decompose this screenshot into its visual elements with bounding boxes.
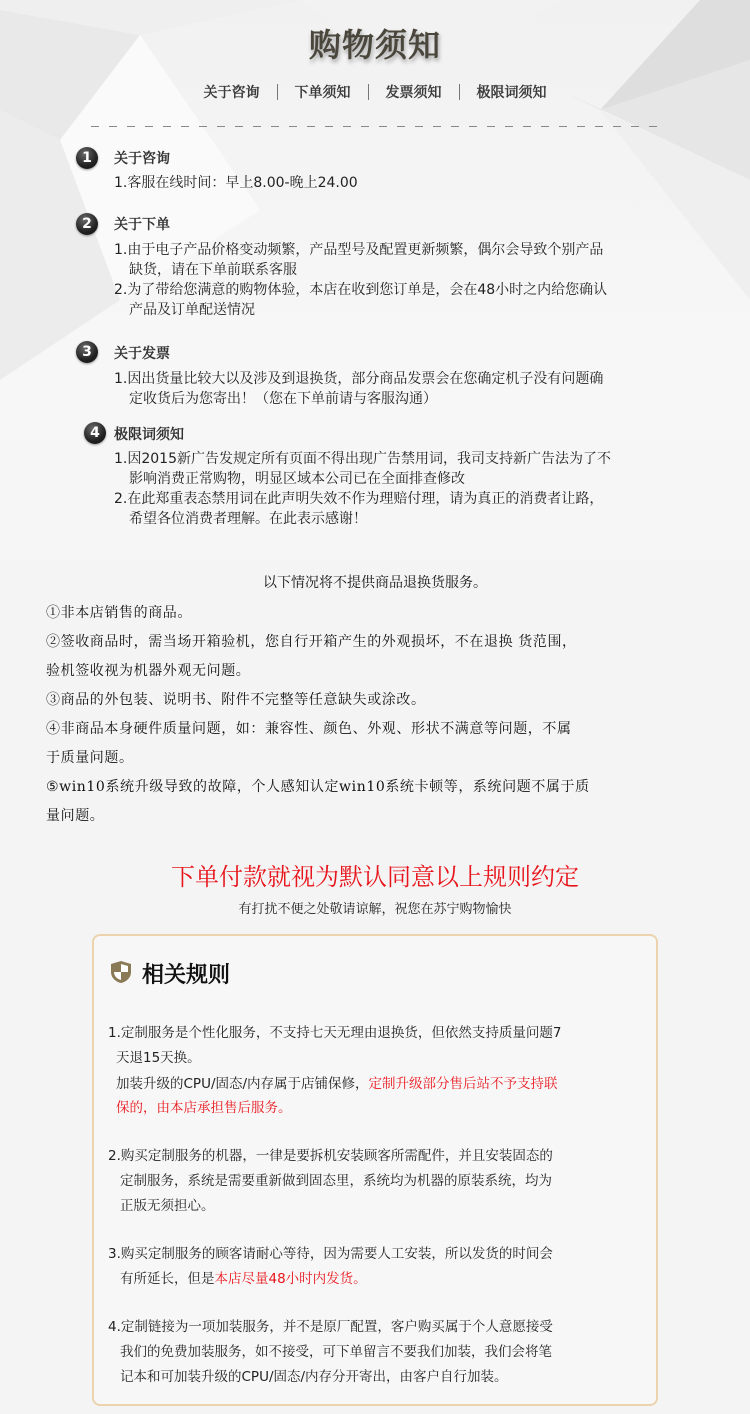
dashed-divider bbox=[91, 126, 660, 127]
rules-panel: 相关规则 1.定制服务是个性化服务，不支持七天无理由退换货，但依然支持质量问题7… bbox=[92, 934, 658, 1406]
nav-divider bbox=[277, 84, 278, 100]
section-line: 1.因出货量比较大以及涉及到退换货，部分商品发票会在您确定机子没有问题确 bbox=[114, 368, 603, 388]
section-line: 1.因2015新广告发规定所有页面不得出现广告禁用词，我司支持新广告法为了不 bbox=[114, 448, 611, 468]
rule-line: 加装升级的CPU/固态/内存属于店铺保修，定制升级部分售后站不予支持联 bbox=[116, 1072, 558, 1092]
section-title-consult: 关于咨询 bbox=[114, 148, 170, 168]
nav-item-invoice[interactable]: 发票须知 bbox=[386, 82, 442, 102]
section-title-restricted-words: 极限词须知 bbox=[114, 424, 184, 444]
nav-divider bbox=[459, 84, 460, 100]
rule-highlight: 本店尽量48小时内发货。 bbox=[215, 1271, 367, 1287]
no-return-item: 量问题。 bbox=[46, 805, 104, 825]
rule-line: 4.定制链接为一项加装服务，并不是原厂配置，客户购买属于个人意愿接受 bbox=[108, 1315, 553, 1335]
section-line: 影响消费正常购物，明显区域本公司已在全面排查修改 bbox=[129, 468, 465, 488]
rule-highlight: 保的，由本店承担售后服务。 bbox=[116, 1096, 292, 1116]
no-return-item: ⑤win10系统升级导致的故障，个人感知认定win10系统卡顿等，系统问题不属于… bbox=[46, 776, 590, 796]
agreement-subline: 有打扰不便之处敬请谅解，祝您在苏宁购物愉快 bbox=[0, 898, 750, 917]
rule-line: 记本和可加装升级的CPU/固态/内存分开寄出，由客户自行加装。 bbox=[120, 1365, 508, 1385]
no-return-item: ②签收商品时，需当场开箱验机，您自行开箱产生的外观损坏，不在退换 货范围， bbox=[46, 631, 577, 651]
rule-line: 3.购买定制服务的顾客请耐心等待，因为需要人工安装，所以发货的时间会 bbox=[108, 1242, 553, 1262]
no-return-item: ③商品的外包装、说明书、附件不完整等任意缺失或涂改。 bbox=[46, 689, 426, 709]
number-badge-3: 3 bbox=[76, 341, 98, 363]
nav-item-restricted-words[interactable]: 极限词须知 bbox=[477, 82, 547, 102]
rule-line: 天退15天换。 bbox=[116, 1046, 201, 1066]
no-return-item: 于质量问题。 bbox=[46, 747, 134, 767]
rule-text: 加装升级的CPU/固态/内存属于店铺保修， bbox=[116, 1076, 369, 1092]
section-line: 缺货，请在下单前联系客服 bbox=[129, 259, 297, 279]
section-line: 2.在此郑重表态禁用词在此声明失效不作为理赔付理，请为真正的消费者让路， bbox=[114, 488, 603, 508]
rules-header: 相关规则 bbox=[110, 958, 230, 989]
no-return-heading: 以下情况将不提供商品退换货服务。 bbox=[0, 572, 750, 592]
section-line: 产品及订单配送情况 bbox=[129, 299, 255, 319]
nav-divider bbox=[368, 84, 369, 100]
rule-line: 1.定制服务是个性化服务，不支持七天无理由退换货，但依然支持质量问题7 bbox=[108, 1021, 561, 1041]
number-badge-2: 2 bbox=[76, 213, 98, 235]
section-line: 1.客服在线时间：早上8.00-晚上24.00 bbox=[114, 172, 358, 192]
section-line: 2.为了带给您满意的购物体验，本店在收到您订单是，会在48小时之内给您确认 bbox=[114, 279, 607, 299]
no-return-item: ①非本店销售的商品。 bbox=[46, 602, 192, 622]
nav-item-consult[interactable]: 关于咨询 bbox=[204, 82, 260, 102]
rules-title: 相关规则 bbox=[142, 958, 230, 989]
rule-line: 有所延长，但是本店尽量48小时内发货。 bbox=[120, 1267, 367, 1287]
section-title-invoice: 关于发票 bbox=[114, 343, 170, 363]
rule-line: 定制服务，系统是需要重新做到固态里，系统均为机器的原装系统，均为 bbox=[120, 1169, 552, 1189]
rule-highlight: 定制升级部分售后站不予支持联 bbox=[369, 1076, 558, 1092]
number-badge-4: 4 bbox=[84, 422, 106, 444]
agreement-headline: 下单付款就视为默认同意以上规则约定 bbox=[0, 857, 750, 892]
shield-icon bbox=[110, 960, 132, 988]
section-line: 希望各位消费者理解。在此表示感谢！ bbox=[129, 508, 367, 528]
section-line: 定收货后为您寄出！（您在下单前请与客服沟通） bbox=[129, 388, 437, 408]
section-line: 1.由于电子产品价格变动频繁，产品型号及配置更新频繁，偶尔会导致个别产品 bbox=[114, 239, 603, 259]
page-title: 购物须知 bbox=[0, 20, 750, 66]
rule-line: 2.购买定制服务的机器，一律是要拆机安装顾客所需配件，并且安装固态的 bbox=[108, 1144, 553, 1164]
section-title-order: 关于下单 bbox=[114, 214, 170, 234]
number-badge-1: 1 bbox=[76, 147, 98, 169]
nav-item-order[interactable]: 下单须知 bbox=[295, 82, 351, 102]
rule-text: 有所延长，但是 bbox=[120, 1271, 215, 1287]
rule-line: 正版无须担心。 bbox=[120, 1194, 215, 1214]
rule-line: 我们的免费加装服务，如不接受，可下单留言不要我们加装，我们会将笔 bbox=[120, 1340, 552, 1360]
section-nav: 关于咨询 下单须知 发票须知 极限词须知 bbox=[0, 82, 750, 102]
no-return-item: ④非商品本身硬件质量问题，如：兼容性、颜色、外观、形状不满意等问题，不属 bbox=[46, 718, 572, 738]
no-return-item: 验机签收视为机器外观无问题。 bbox=[46, 660, 250, 680]
